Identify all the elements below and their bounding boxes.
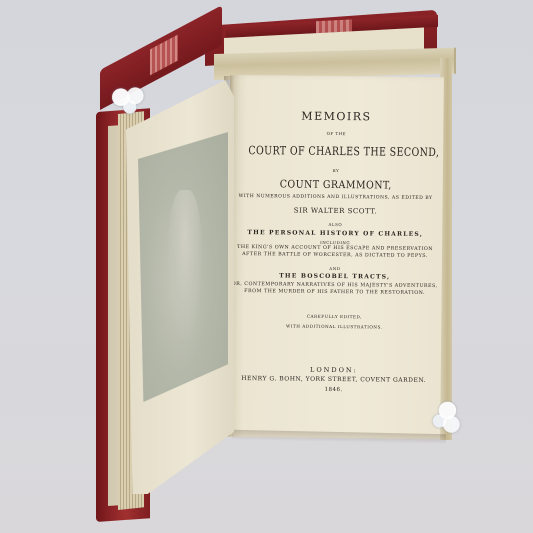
carefully-edited-line: CAREFULLY EDITED, [227, 313, 441, 320]
boscobel-heading: THE BOSCOBEL TRACTS, [228, 272, 442, 281]
illustrations-line: WITH ADDITIONAL ILLUSTRATIONS. [227, 323, 441, 330]
acrylic-clip-left [110, 86, 146, 114]
acrylic-clip-right [429, 398, 463, 438]
additions-line: WITH NUMEROUS ADDITIONS AND ILLUSTRATION… [229, 194, 443, 201]
and-line: AND [228, 265, 442, 272]
kings-account-line-2: AFTER THE BATTLE OF WORCESTER, AS DICTAT… [228, 252, 442, 259]
contemporary-line-1: OR, CONTEMPORARY NARRATIVES OF HIS MAJES… [228, 282, 442, 289]
imprint-publisher: HENRY G. BOHN, YORK STREET, COVENT GARDE… [227, 375, 441, 384]
author-name: COUNT GRAMMONT, [239, 178, 432, 192]
title-by: BY [229, 167, 443, 174]
title-page: MEMOIRS OF THE COURT OF CHARLES THE SECO… [226, 75, 444, 439]
personal-history-heading: THE PERSONAL HISTORY OF CHARLES, [228, 229, 442, 238]
imprint-city: LONDON: [227, 365, 441, 375]
title-court: COURT OF CHARLES THE SECOND, [248, 143, 424, 159]
editor-name: SIR WALTER SCOTT. [228, 206, 442, 216]
contemporary-line-2: FROM THE MURDER OF HIS FATHER TO THE RES… [228, 289, 442, 296]
title-of-the: OF THE [229, 130, 443, 137]
imprint-year: 1846. [227, 386, 441, 394]
title-memoirs: MEMOIRS [229, 109, 443, 124]
also-line: ALSO [228, 221, 442, 228]
portrait-figure [168, 190, 202, 340]
kings-account-line-1: THE KING'S OWN ACCOUNT OF HIS ESCAPE AND… [228, 245, 442, 252]
marbled-paper-patch [150, 35, 178, 76]
